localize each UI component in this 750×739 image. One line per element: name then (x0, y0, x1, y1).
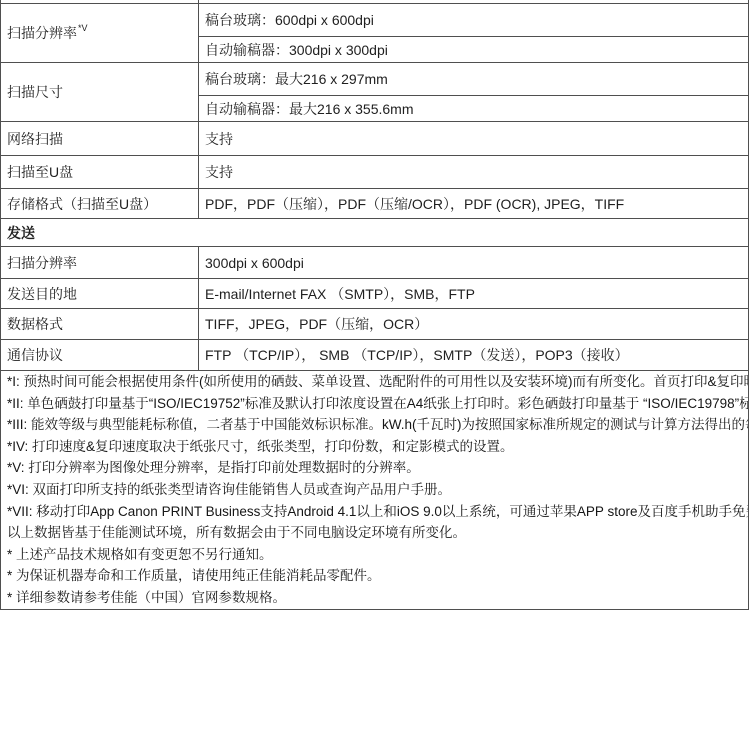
table-row-scan-to-usb: 扫描至U盘 支持 (1, 156, 749, 189)
footnote: * 为保证机器寿命和工作质量，请使用纯正佳能消耗品零配件。 (7, 565, 742, 587)
spec-label: 扫描尺寸 (1, 63, 199, 122)
spec-value: 稿台玻璃：600dpi x 600dpi (199, 4, 749, 37)
table-row-network-scan: 网络扫描 支持 (1, 122, 749, 156)
footnote: *V: 打印分辨率为图像处理分辨率，是指打印前处理数据时的分辨率。 (7, 457, 742, 479)
spec-label: 扫描分辨率 (1, 247, 199, 279)
footnote: *IV: 打印速度&复印速度取决于纸张尺寸，纸张类型，打印份数，和定影模式的设置… (7, 436, 742, 458)
footnote: *I: 预热时间可能会根据使用条件(如所使用的硒鼓、菜单设置、选配附件的可用性以… (7, 371, 742, 393)
spec-value: 300dpi x 600dpi (199, 247, 749, 279)
table-row-footnotes: *I: 预热时间可能会根据使用条件(如所使用的硒鼓、菜单设置、选配附件的可用性以… (1, 371, 749, 610)
table-row-data-format: 数据格式 TIFF，JPEG，PDF（压缩，OCR） (1, 309, 749, 340)
footnote: * 上述产品技术规格如有变更恕不另行通知。 (7, 544, 742, 566)
spec-table: 扫描分辨率*V 稿台玻璃：600dpi x 600dpi 自动输稿器：300dp… (0, 0, 749, 610)
table-row-scan-resolution: 扫描分辨率*V 稿台玻璃：600dpi x 600dpi (1, 4, 749, 37)
table-row-storage-format: 存储格式（扫描至U盘） PDF，PDF（压缩），PDF（压缩/OCR），PDF … (1, 189, 749, 219)
spec-value: 自动输稿器：300dpi x 300dpi (199, 37, 749, 63)
footnote-ref-v: *V (78, 23, 88, 33)
spec-value: 自动输稿器：最大216 x 355.6mm (199, 96, 749, 122)
footnote: *VI: 双面打印所支持的纸张类型请咨询佳能销售人员或查询产品用户手册。 (7, 479, 742, 501)
spec-value: 支持 (199, 122, 749, 156)
spec-value: TIFF，JPEG，PDF（压缩，OCR） (199, 309, 749, 340)
spec-label: 扫描分辨率*V (1, 4, 199, 63)
spec-sheet: 扫描分辨率*V 稿台玻璃：600dpi x 600dpi 自动输稿器：300dp… (0, 0, 750, 739)
spec-value: 支持 (199, 156, 749, 189)
section-title: 发送 (1, 219, 749, 247)
table-row-send-scan-resolution: 扫描分辨率 300dpi x 600dpi (1, 247, 749, 279)
spec-value: FTP （TCP/IP）， SMB （TCP/IP），SMTP（发送），POP3… (199, 340, 749, 371)
spec-value: E-mail/Internet FAX （SMTP），SMB，FTP (199, 279, 749, 309)
footnote: *VII: 移动打印App Canon PRINT Business支持Andr… (7, 501, 742, 523)
footnote: 以上数据皆基于佳能测试环境，所有数据会由于不同电脑设定环境有所变化。 (7, 522, 742, 544)
spec-value: 稿台玻璃：最大216 x 297mm (199, 63, 749, 96)
footnote: *III: 能效等级与典型能耗标称值，二者基于中国能效标识标准。kW.h(千瓦时… (7, 414, 742, 436)
spec-label-text: 扫描分辨率 (7, 25, 77, 41)
footnotes-block: *I: 预热时间可能会根据使用条件(如所使用的硒鼓、菜单设置、选配附件的可用性以… (1, 371, 749, 610)
footnote: * 详细参数请参考佳能（中国）官网参数规格。 (7, 587, 742, 609)
spec-value: PDF，PDF（压缩），PDF（压缩/OCR），PDF (OCR), JPEG，… (199, 189, 749, 219)
spec-label: 扫描至U盘 (1, 156, 199, 189)
spec-label: 发送目的地 (1, 279, 199, 309)
table-row-send-destination: 发送目的地 E-mail/Internet FAX （SMTP），SMB，FTP (1, 279, 749, 309)
spec-label: 存储格式（扫描至U盘） (1, 189, 199, 219)
spec-label: 网络扫描 (1, 122, 199, 156)
table-row-communication-protocol: 通信协议 FTP （TCP/IP）， SMB （TCP/IP），SMTP（发送）… (1, 340, 749, 371)
spec-label: 数据格式 (1, 309, 199, 340)
spec-label: 通信协议 (1, 340, 199, 371)
table-row-scan-size: 扫描尺寸 稿台玻璃：最大216 x 297mm (1, 63, 749, 96)
footnote: *II: 单色硒鼓打印量基于“ISO/IEC19752”标准及默认打印浓度设置在… (7, 393, 742, 415)
section-header-send: 发送 (1, 219, 749, 247)
